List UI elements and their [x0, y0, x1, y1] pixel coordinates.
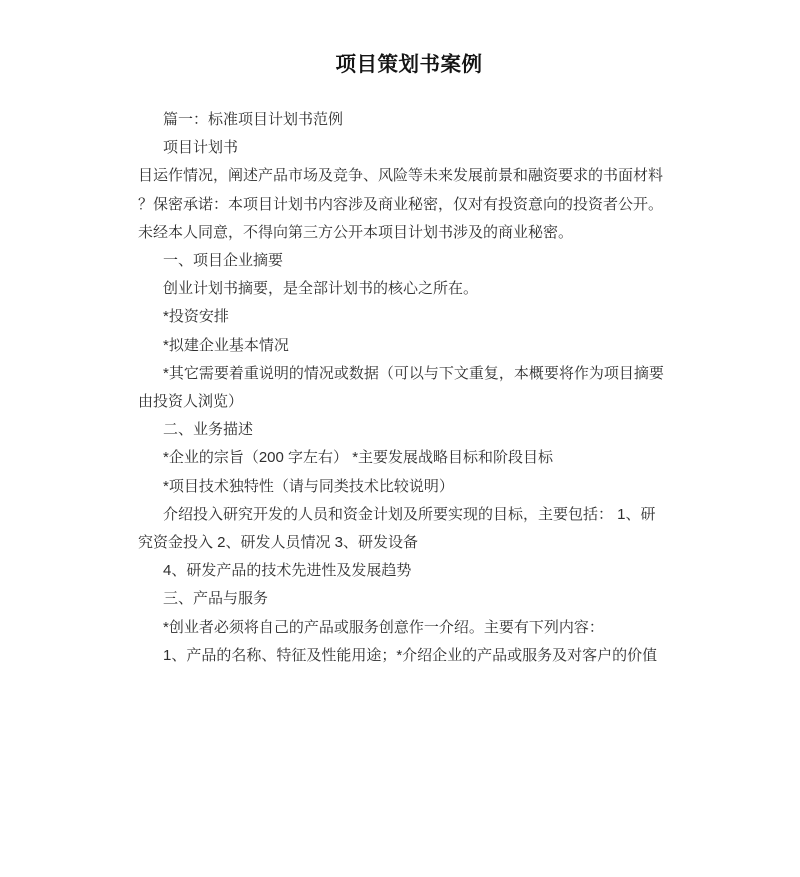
- text-line: 介绍投入研究开发的人员和资金计划及所要实现的目标，主要包括： 1、研: [138, 501, 678, 529]
- text-line: 究资金投入 2、研发人员情况 3、研发设备: [138, 529, 678, 557]
- text-line: 二、业务描述: [138, 416, 678, 444]
- document-body: 篇一：标准项目计划书范例 项目计划书 目运作情况，阐述产品市场及竞争、风险等未来…: [138, 106, 678, 670]
- text-line: ？保密承诺：本项目计划书内容涉及商业秘密，仅对有投资意向的投资者公开。: [138, 191, 678, 219]
- text-line: 一、项目企业摘要: [138, 247, 678, 275]
- text-line: 创业计划书摘要，是全部计划书的核心之所在。: [138, 275, 678, 303]
- text-line: *创业者必须将自己的产品或服务创意作一介绍。主要有下列内容：: [138, 614, 678, 642]
- text-line: *企业的宗旨（200 字左右） *主要发展战略目标和阶段目标: [138, 444, 678, 472]
- text-line: *其它需要着重说明的情况或数据（可以与下文重复，本概要将作为项目摘要: [138, 360, 678, 388]
- text-line: *投资安排: [138, 303, 678, 331]
- document-page: 项目策划书案例 篇一：标准项目计划书范例 项目计划书 目运作情况，阐述产品市场及…: [0, 0, 800, 877]
- text-line: 4、研发产品的技术先进性及发展趋势: [138, 557, 678, 585]
- text-line: 目运作情况，阐述产品市场及竞争、风险等未来发展前景和融资要求的书面材料: [138, 162, 678, 190]
- text-line: 三、产品与服务: [138, 585, 678, 613]
- text-line: 由投资人浏览）: [138, 388, 678, 416]
- text-line: 篇一：标准项目计划书范例: [138, 106, 678, 134]
- text-line: *项目技术独特性（请与同类技术比较说明）: [138, 473, 678, 501]
- text-line: 项目计划书: [138, 134, 678, 162]
- text-line: *拟建企业基本情况: [138, 332, 678, 360]
- text-line: 未经本人同意，不得向第三方公开本项目计划书涉及的商业秘密。: [138, 219, 678, 247]
- document-title: 项目策划书案例: [0, 50, 800, 80]
- text-line: 1、产品的名称、特征及性能用途；*介绍企业的产品或服务及对客户的价值: [138, 642, 678, 670]
